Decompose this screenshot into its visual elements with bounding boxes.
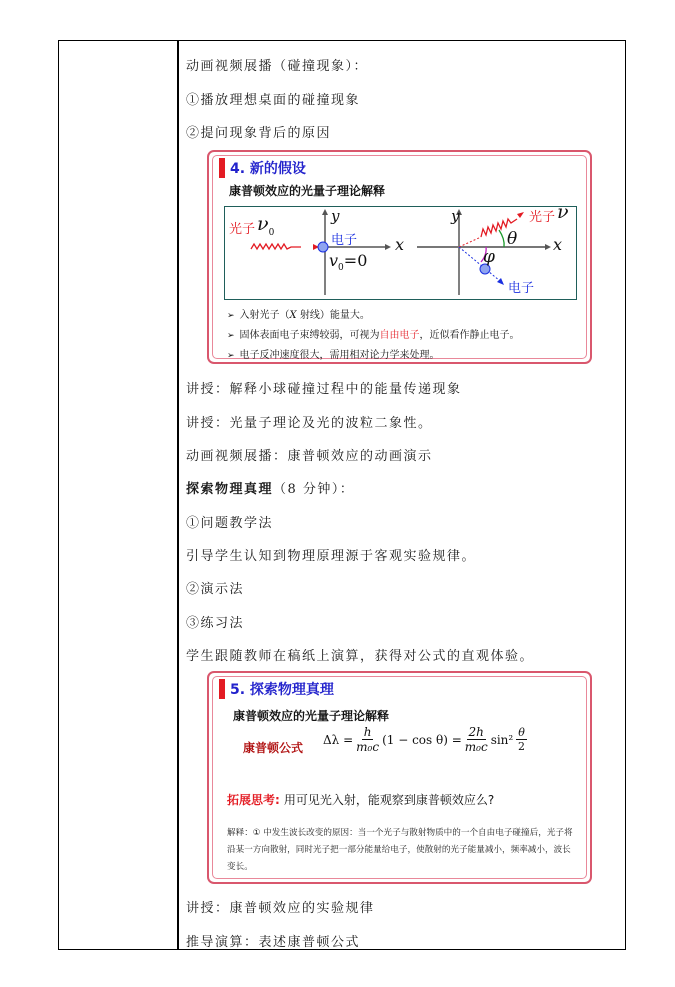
electron-label-left: 电子: [331, 229, 357, 248]
text-line: 推导演算：表述康普顿公式: [186, 931, 360, 950]
slide-title: 5. 探索物理真理: [219, 679, 334, 699]
text-line: ①播放理想桌面的碰撞现象: [186, 89, 360, 108]
bullet-item: ➢固体表面电子束缚较弱，可视为自由电子，近似看作静止电子。: [227, 326, 520, 341]
text-line: ②演示法: [186, 578, 244, 597]
photon-frequency-left: ν0: [257, 213, 274, 238]
electron-label-right: 电子: [508, 277, 534, 296]
left-column-cell: [59, 41, 177, 949]
electron-velocity-left: v0=0: [329, 251, 367, 273]
y-axis-label-right: y: [451, 207, 459, 225]
think-label: 拓展思考:: [227, 793, 280, 807]
section-heading-bold: 探索物理真理: [186, 482, 273, 497]
extended-thinking: 拓展思考:用可见光入射，能观察到康普顿效应么?: [227, 789, 494, 808]
compton-diagram: 光子 ν0 y 电子 x v0=0 y 光子 ν θ x φ 电子: [224, 206, 577, 300]
section-heading: 探索物理真理（8 分钟）：: [186, 478, 354, 497]
photon-label-right: 光子: [529, 206, 555, 225]
photon-frequency-right: ν: [557, 201, 569, 223]
slide-new-hypothesis: 4. 新的假设 康普顿效应的光量子理论解释: [207, 150, 592, 364]
photon-label-left: 光子: [229, 218, 255, 237]
text-line: 讲授：光量子理论及光的波粒二象性。: [186, 412, 433, 431]
text-line: 讲授：康普顿效应的实验规律: [186, 897, 375, 916]
slide-subtitle: 康普顿效应的光量子理论解释: [233, 707, 389, 724]
slide-title-text: 4. 新的假设: [230, 158, 306, 178]
bullet-item: ➢入射光子（X 射线）能量大。: [227, 306, 370, 321]
section-heading-duration: （8 分钟）：: [273, 482, 354, 497]
free-electron-highlight: 自由电子: [380, 330, 420, 341]
slide-subtitle: 康普顿效应的光量子理论解释: [229, 182, 385, 199]
x-axis-label-right: x: [553, 235, 562, 254]
title-bar-decoration: [219, 679, 225, 699]
text-line: 动画视频展播（碰撞现象）：: [186, 55, 368, 74]
compton-formula: Δλ = hm₀c (1 − cos θ) = 2hm₀c sin² θ2: [323, 725, 530, 754]
bullet-item: ➢电子反冲速度很大，需用相对论力学来处理。: [227, 346, 440, 361]
think-question: 用可见光入射，能观察到康普顿效应么?: [284, 793, 494, 807]
text-line: ③练习法: [186, 612, 244, 631]
x-axis-label-left: x: [395, 235, 404, 254]
text-line: 动画视频展播：康普顿效应的动画演示: [186, 445, 433, 464]
explanation-text: 解释：① 中发生波长改变的原因：当一个光子与散射物质中的一个自由电子碰撞后，光子…: [227, 825, 577, 876]
text-line: ①问题教学法: [186, 512, 273, 531]
y-axis-label-left: y: [331, 207, 339, 225]
text-line: ②提问现象背后的原因: [186, 122, 331, 141]
compton-formula-label: 康普顿公式: [243, 739, 303, 756]
slide-title-text: 5. 探索物理真理: [230, 679, 334, 699]
column-divider: [177, 40, 179, 950]
text-line: 引导学生认知到物理原理源于客观实验规律。: [186, 545, 476, 564]
text-line: 讲授：解释小球碰撞过程中的能量传递现象: [186, 378, 462, 397]
bullet-arrow-icon: ➢: [227, 331, 235, 341]
slide-title: 4. 新的假设: [219, 158, 306, 178]
title-bar-decoration: [219, 158, 225, 178]
text-line: 学生跟随教师在稿纸上演算，获得对公式的直观体验。: [186, 645, 534, 664]
fraction: θ2: [516, 726, 527, 753]
slide-explore-physics: 5. 探索物理真理 康普顿效应的光量子理论解释 康普顿公式 Δλ = hm₀c …: [207, 671, 592, 884]
theta-label: θ: [507, 229, 517, 249]
phi-label: φ: [483, 247, 495, 267]
fraction: hm₀c: [356, 725, 379, 754]
bullet-arrow-icon: ➢: [227, 351, 235, 361]
fraction: 2hm₀c: [465, 725, 488, 754]
bullet-arrow-icon: ➢: [227, 311, 235, 321]
